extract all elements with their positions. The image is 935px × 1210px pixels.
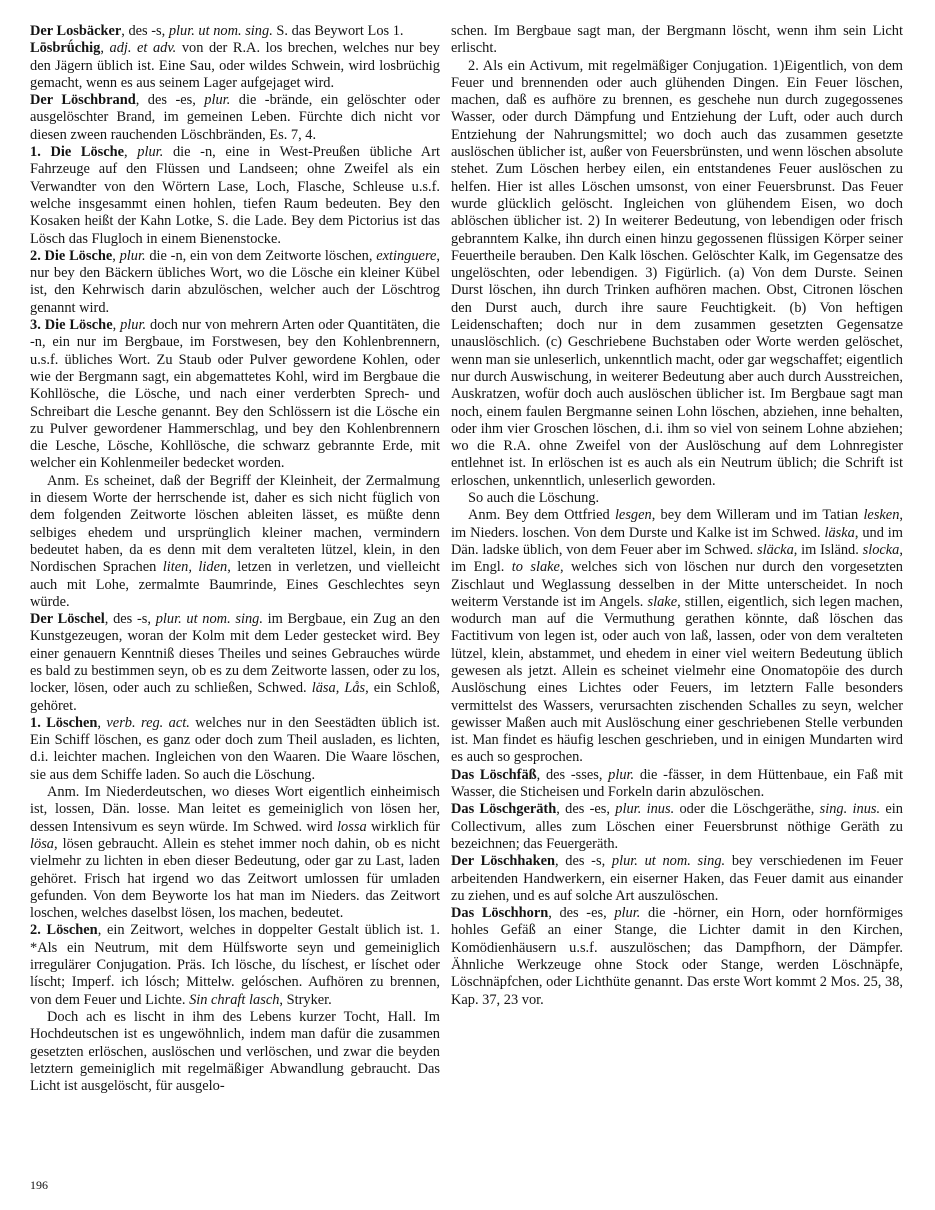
entry-das-loeschhorn: Das Löschhorn, des -es, plur. die -hörne… xyxy=(451,905,903,1009)
body-text: Anm. Bey dem Ottfried xyxy=(468,507,615,523)
entry-headword: Das Löschgeräth xyxy=(451,801,556,817)
body-text: , des -s, xyxy=(105,611,156,627)
text-columns: Der Losbäcker, des -s, plur. ut nom. sin… xyxy=(0,0,935,1095)
entry-3-die-loesche: 3. Die Lösche, plur. doch nur von mehrer… xyxy=(30,317,440,473)
entry-2-loeschen: 2. Löschen, ein Zeitwort, welches in dop… xyxy=(30,922,440,1008)
entry-headword: 2. Löschen xyxy=(30,922,98,938)
italic-term: plur. xyxy=(137,144,163,160)
body-text: , des -s, xyxy=(121,23,169,39)
entry-der-losbaecker: Der Losbäcker, des -s, plur. ut nom. sin… xyxy=(30,23,440,40)
entry-der-loeschbrand: Der Löschbrand, des -es, plur. die -brän… xyxy=(30,92,440,144)
italic-term: liten, liden xyxy=(163,559,227,575)
italic-term: plur. xyxy=(608,767,634,783)
note-anm-etymology: Anm. Bey dem Ottfried lesgen, bey dem Wi… xyxy=(451,507,903,766)
entry-headword: Der Losbäcker xyxy=(30,23,121,39)
italic-term: slocka xyxy=(863,542,900,558)
italic-term: extinguere xyxy=(376,248,436,264)
italic-term: läska xyxy=(824,525,854,541)
entry-das-loeschgeraeth: Das Löschgeräth, des -es, plur. inus. od… xyxy=(451,801,903,853)
italic-term: to slake xyxy=(512,559,560,575)
entry-loesbruechig: Lōsbrǘchig, adj. et adv. von der R.A. lo… xyxy=(30,40,440,92)
body-text: wirklich für xyxy=(367,819,440,835)
body-text: , xyxy=(100,40,109,56)
note-anm-loeschen: Anm. Im Niederdeutschen, wo dieses Wort … xyxy=(30,784,440,922)
body-text: doch nur von mehrern Arten oder Quantitä… xyxy=(30,317,440,471)
entry-headword: Lōsbrǘchig xyxy=(30,40,100,56)
entry-headword: Der Löschel xyxy=(30,611,105,627)
italic-term: plur. xyxy=(120,317,146,333)
note-als-activum: 2. Als ein Activum, mit regelmäßiger Con… xyxy=(451,58,903,490)
entry-headword: 1. Die Lösche xyxy=(30,144,124,160)
continuation-ausgeloschen: schen. Im Bergbaue sagt man, der Bergman… xyxy=(451,23,903,58)
entry-headword: 3. Die Lösche xyxy=(30,317,113,333)
page-number: 196 xyxy=(30,1178,48,1192)
italic-term: plur. ut nom. sing. xyxy=(156,611,263,627)
body-text: , lösen gebraucht. Allein es stehet imme… xyxy=(30,836,440,921)
italic-term: slake xyxy=(648,594,678,610)
italic-term: läsa, Lås xyxy=(312,680,365,696)
right-column: schen. Im Bergbaue sagt man, der Bergman… xyxy=(451,23,903,1095)
left-column: Der Losbäcker, des -s, plur. ut nom. sin… xyxy=(30,23,440,1095)
body-text: , im Isländ. xyxy=(794,542,863,558)
body-text: , des -es, xyxy=(556,801,615,817)
italic-term: Sin chraft lasch xyxy=(189,992,279,1008)
italic-term: plur. ut nom. sing. xyxy=(169,23,273,39)
entry-headword: Das Löschfäß xyxy=(451,767,537,783)
body-text: S. das Beywort Los 1. xyxy=(273,23,404,39)
italic-term: verb. reg. act. xyxy=(106,715,189,731)
italic-term: plur. ut nom. sing. xyxy=(612,853,725,869)
entry-das-loeschfass: Das Löschfäß, des -sses, plur. die -fäss… xyxy=(451,767,903,802)
italic-term: lesken xyxy=(863,507,899,523)
italic-term: släcka xyxy=(757,542,794,558)
dictionary-page: Der Losbäcker, des -s, plur. ut nom. sin… xyxy=(0,0,935,1210)
italic-term: lösa xyxy=(30,836,54,852)
body-text: , xyxy=(113,317,121,333)
note-so-auch: So auch die Löschung. xyxy=(451,490,903,507)
entry-headword: Der Löschhaken xyxy=(451,853,555,869)
entry-2-die-loesche: 2. Die Lösche, plur. die -n, ein von dem… xyxy=(30,248,440,317)
italic-term: plur. xyxy=(204,92,230,108)
body-text: oder die Löschgeräthe, xyxy=(674,801,819,817)
italic-term: lesgen xyxy=(615,507,652,523)
entry-1-die-loesche: 1. Die Lösche, plur. die -n, eine in Wes… xyxy=(30,144,440,248)
entry-headword: 1. Löschen xyxy=(30,715,97,731)
body-text: , stillen, eigentlich, sich legen machen… xyxy=(451,594,903,766)
entry-headword: Der Löschbrand xyxy=(30,92,136,108)
italic-term: sing. inus. xyxy=(820,801,880,817)
body-text: , des -es, xyxy=(136,92,205,108)
italic-term: plur. inus. xyxy=(615,801,674,817)
body-text: 2. Als ein Activum, mit regelmäßiger Con… xyxy=(451,58,903,489)
body-text: die -n, ein von dem Zeitworte löschen, xyxy=(146,248,377,264)
body-text: , des -sses, xyxy=(537,767,608,783)
body-text: , bey dem Willeram und im Tatian xyxy=(652,507,864,523)
entry-headword: Das Löschhorn xyxy=(451,905,548,921)
entry-headword: 2. Die Lösche xyxy=(30,248,112,264)
body-text: So auch die Löschung. xyxy=(468,490,599,506)
entry-1-loeschen: 1. Löschen, verb. reg. act. welches nur … xyxy=(30,715,440,784)
italic-term: lossa xyxy=(337,819,367,835)
note-doch-ach: Doch ach es lischt in ihm des Lebens kur… xyxy=(30,1009,440,1095)
italic-term: plur. xyxy=(120,248,146,264)
body-text: , des -es, xyxy=(548,905,614,921)
body-text: , des -s, xyxy=(555,853,612,869)
entry-der-loeschel: Der Löschel, des -s, plur. ut nom. sing.… xyxy=(30,611,440,715)
body-text: , Stryker. xyxy=(279,992,331,1008)
body-text: schen. Im Bergbaue sagt man, der Bergman… xyxy=(451,23,903,56)
note-anm-loesche: Anm. Es scheinet, daß der Begriff der Kl… xyxy=(30,473,440,611)
italic-term: plur. xyxy=(614,905,640,921)
body-text: , xyxy=(112,248,119,264)
body-text: Doch ach es lischt in ihm des Lebens kur… xyxy=(30,1009,440,1094)
entry-der-loeschhaken: Der Löschhaken, des -s, plur. ut nom. si… xyxy=(451,853,903,905)
italic-term: adj. et adv. xyxy=(110,40,177,56)
body-text: , xyxy=(124,144,137,160)
